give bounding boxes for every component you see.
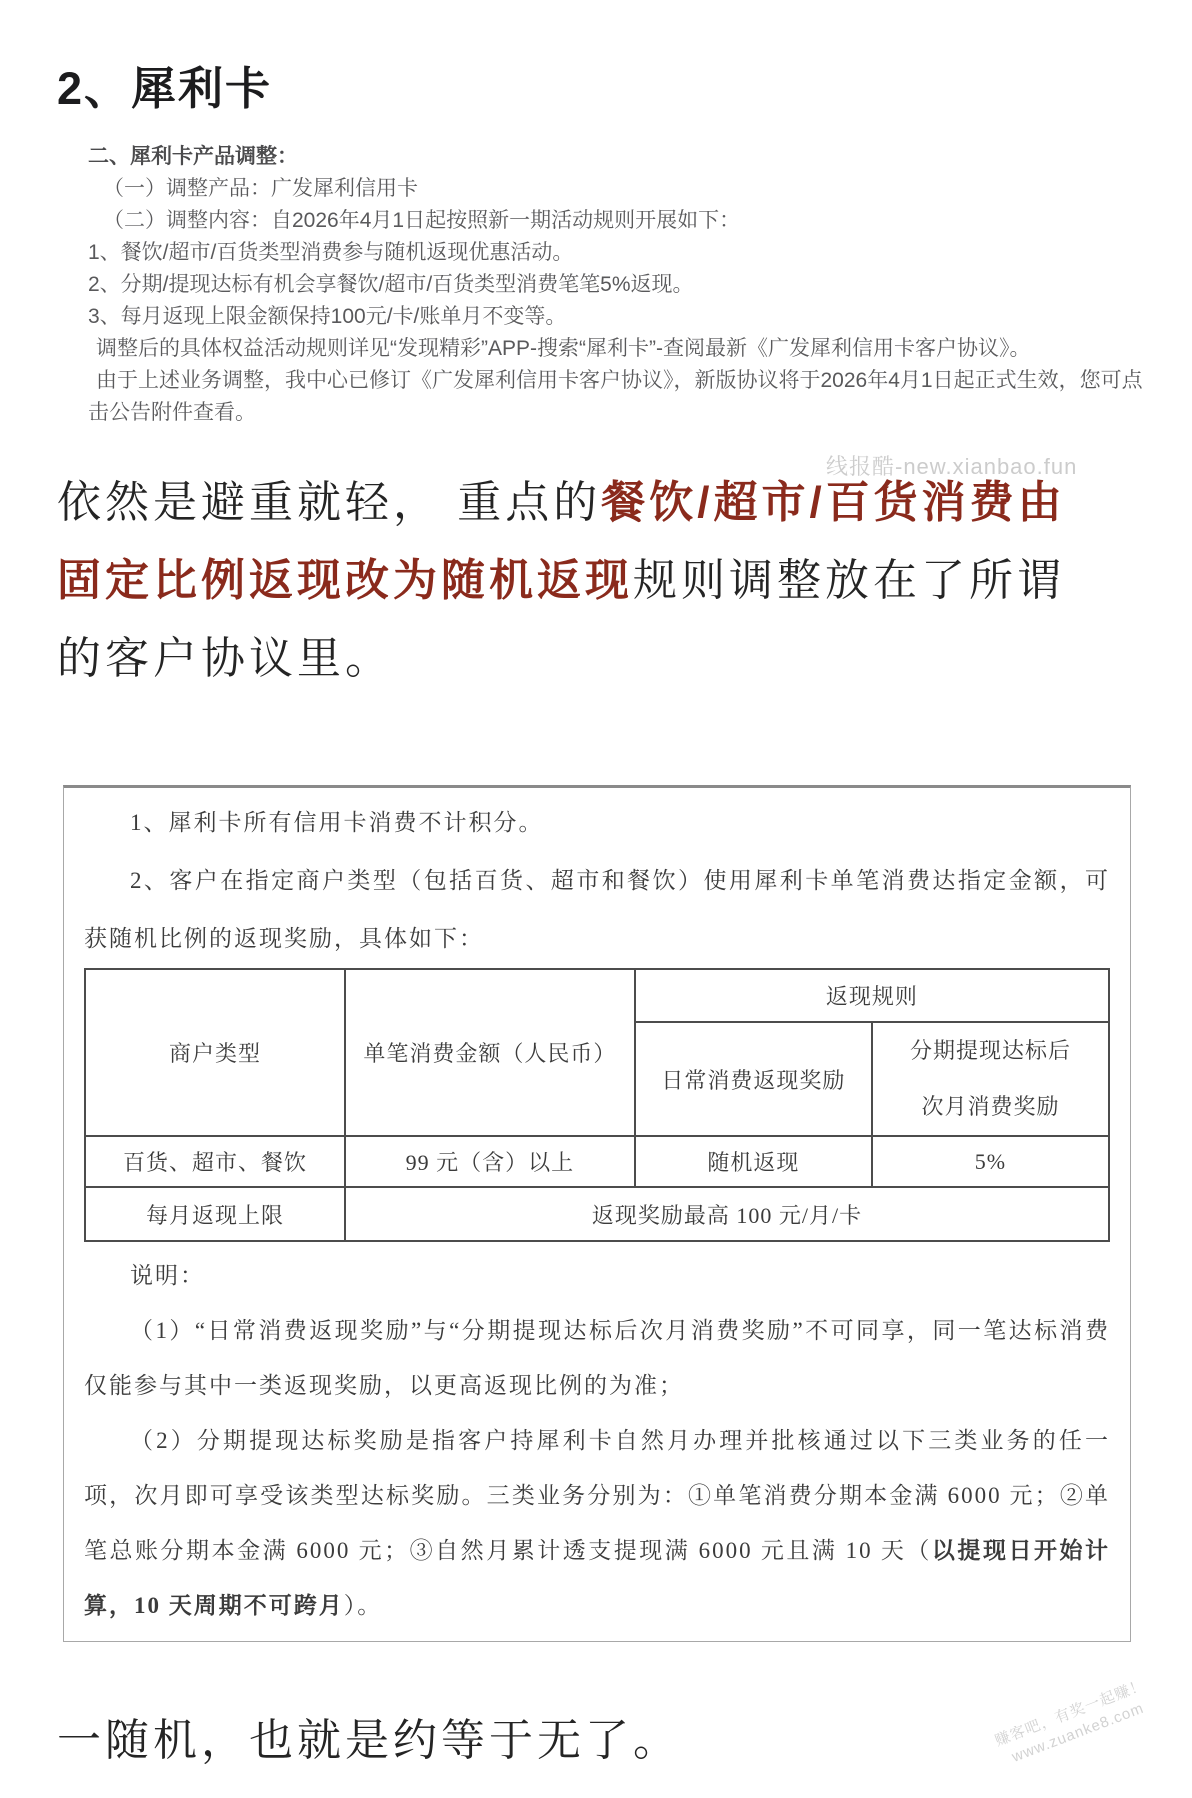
closing-remark: 一随机，也就是约等于无了。 [57,1702,681,1780]
box-point-2: 2、客户在指定商户类型（包括百货、超市和餐饮）使用犀利卡单笔消费达指定金额，可获… [84,852,1110,968]
box-note-label: 说明： [84,1248,1110,1303]
notice-box: 1、犀利卡所有信用卡消费不计积分。 2、客户在指定商户类型（包括百货、超市和餐饮… [63,785,1131,1642]
table-header-row-1: 商户类型 单笔消费金额（人民币） 返现规则 [85,969,1109,1022]
commentary-highlight: 固定比例返现改为随机返现 [57,556,633,605]
commentary-paragraph: 依然是避重就轻， 重点的餐饮/超市/百货消费由 固定比例返现改为随机返现规则调整… [57,464,1167,698]
table-limit-row: 每月返现上限 返现奖励最高 100 元/月/卡 [85,1187,1109,1241]
watermark-zuanke: 赚客吧，有奖一起赚！ www.zuanke8.com [992,1675,1156,1772]
announcement-detail-1: 调整后的具体权益活动规则详见“发现精彩”APP-搜索“犀利卡”-查阅最新《广发犀… [88,333,1144,365]
announcement-quote: 二、犀利卡产品调整： （一）调整产品：广发犀利信用卡 （二）调整内容：自2026… [88,141,1144,429]
cell-installment: 5% [872,1136,1109,1187]
header-installment-reward: 分期提现达标后 次月消费奖励 [872,1022,1109,1136]
header-merchant-type: 商户类型 [85,969,345,1136]
cashback-rule-table: 商户类型 单笔消费金额（人民币） 返现规则 日常消费返现奖励 分期提现达标后 次… [84,968,1110,1242]
article-page: { "title": "2、犀利卡", "announcement": { "h… [0,0,1192,1798]
cell-daily: 随机返现 [635,1136,872,1187]
commentary-text: 规则调整放在了所谓 [633,556,1065,605]
announcement-point-3: 3、每月返现上限金额保持100元/卡/账单月不变等。 [88,301,1144,333]
page-title: 2、犀利卡 [57,52,272,117]
announcement-item-content: （二）调整内容：自2026年4月1日起按照新一期活动规则开展如下： [88,205,1144,237]
header-cashback-rule: 返现规则 [635,969,1109,1022]
commentary-line-2: 固定比例返现改为随机返现规则调整放在了所谓 [57,542,1167,620]
cell-amount: 99 元（含）以上 [345,1136,635,1187]
commentary-line-1: 依然是避重就轻， 重点的餐饮/超市/百货消费由 [57,464,1167,542]
header-installment-reward-line1: 分期提现达标后 [873,1023,1108,1079]
cell-limit-value: 返现奖励最高 100 元/月/卡 [345,1187,1109,1241]
table-row: 百货、超市、餐饮 99 元（含）以上 随机返现 5% [85,1136,1109,1187]
cell-limit-label: 每月返现上限 [85,1187,345,1241]
announcement-point-2: 2、分期/提现达标有机会享餐饮/超市/百货类型消费笔笔5%返现。 [88,269,1144,301]
commentary-highlight: 餐饮/超市/百货消费由 [601,478,1065,527]
header-daily-reward: 日常消费返现奖励 [635,1022,872,1136]
commentary-text: 的客户协议里。 [57,634,393,683]
box-note-2: （2）分期提现达标奖励是指客户持犀利卡自然月办理并批核通过以下三类业务的任一项，… [84,1413,1110,1633]
announcement-point-1: 1、餐饮/超市/百货类型消费参与随机返现优惠活动。 [88,237,1144,269]
commentary-text: 依然是避重就轻， 重点的 [57,478,601,527]
header-amount: 单笔消费金额（人民币） [345,969,635,1136]
cell-merchant: 百货、超市、餐饮 [85,1136,345,1187]
announcement-heading: 二、犀利卡产品调整： [88,141,1144,173]
box-note-1: （1）“日常消费返现奖励”与“分期提现达标后次月消费奖励”不可同享，同一笔达标消… [84,1303,1110,1413]
box-point-1: 1、犀利卡所有信用卡消费不计积分。 [84,794,1110,852]
announcement-item-product: （一）调整产品：广发犀利信用卡 [88,173,1144,205]
announcement-detail-2: 由于上述业务调整，我中心已修订《广发犀利信用卡客户协议》，新版协议将于2026年… [88,365,1144,429]
note-2-tail: ）。 [344,1593,383,1618]
commentary-line-3: 的客户协议里。 [57,620,1167,698]
header-installment-reward-line2: 次月消费奖励 [873,1079,1108,1135]
